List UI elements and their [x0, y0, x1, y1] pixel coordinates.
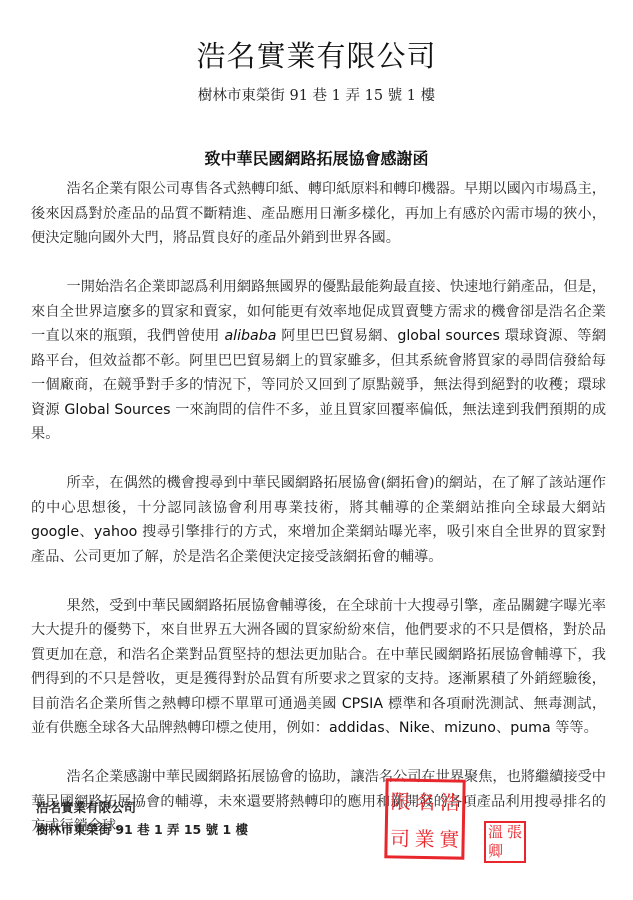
- paragraph-2: 一開始浩名企業即認爲利用網路無國界的優點最能夠最直接、快速地行銷產品，但是，來自…: [31, 275, 606, 447]
- letter-body: 浩名企業有限公司專售各式熱轉印紙、轉印紙原料和轉印機器。早期以國內市場爲主，後來…: [31, 177, 606, 863]
- text-run: addidas: [329, 720, 385, 736]
- paragraph-4: 果然，受到中華民國網路拓展協會輔導後，在全球前十大搜尋引擎，產品關鍵字曝光率大大…: [31, 594, 606, 741]
- text-run: Nike: [399, 720, 430, 736]
- text-run: mizuno: [444, 720, 496, 736]
- text-run: yahoo: [94, 524, 137, 540]
- text-run: 等等。: [551, 720, 598, 736]
- text-run: 浩名企業有限公司專售各式熱轉印紙、轉印紙原料和轉印機器。早期以國內市場爲主，後來…: [31, 181, 606, 246]
- text-run: 、: [496, 720, 510, 736]
- seal-char: 張: [505, 825, 524, 840]
- company-address: 樹林市東榮街 91 巷 1 弄 15 號 1 樓: [0, 84, 633, 105]
- paragraph-3: 所幸，在偶然的機會搜尋到中華民國網路拓展協會(網拓會)的網站，在了解了該站運作的…: [31, 471, 606, 569]
- text-run: 所幸，在偶然的機會搜尋到中華民國網路拓展協會(網拓會)的網站，在了解了該站運作的…: [31, 475, 606, 516]
- text-run: 阿里巴巴貿易網、: [276, 328, 397, 344]
- text-run: 、: [385, 720, 399, 736]
- text-run: alibaba: [224, 328, 276, 344]
- text-run: global sources: [397, 328, 500, 344]
- seal-char: 溫: [486, 825, 505, 840]
- signature-address: 樹林市東榮街 91 巷 1 弄 15 號 1 樓: [36, 819, 248, 841]
- seal-char: 業: [412, 823, 437, 852]
- seal-char: 名: [413, 786, 438, 815]
- paragraph-1: 浩名企業有限公司專售各式熱轉印紙、轉印紙原料和轉印機器。早期以國內市場爲主，後來…: [31, 177, 606, 251]
- text-run: 、: [430, 720, 444, 736]
- text-run: 果然，受到中華民國網路拓展協會輔導後，在全球前十大搜尋引擎，產品關鍵字曝光率大大…: [31, 598, 606, 712]
- text-run: 、: [79, 524, 94, 540]
- text-run: google: [31, 524, 79, 540]
- text-run: Global Sources: [64, 402, 170, 418]
- seal-char: 司: [387, 822, 412, 851]
- company-name-heading: 浩名實業有限公司: [0, 34, 633, 75]
- text-run: puma: [510, 720, 551, 736]
- signature-block: 浩名實業有限公司 樹林市東榮街 91 巷 1 弄 15 號 1 樓: [36, 797, 248, 841]
- seal-char: 卿: [486, 844, 505, 859]
- personal-seal-stamp: 溫 張 卿: [484, 821, 526, 863]
- company-seal-stamp: 限 名 浩 司 業 實: [384, 778, 465, 859]
- seal-char: 實: [437, 823, 462, 852]
- seal-char: 限: [388, 785, 413, 814]
- letter-title: 致中華民國網路拓展協會感謝函: [0, 146, 633, 169]
- signature-company-name: 浩名實業有限公司: [36, 797, 248, 819]
- seal-char: 浩: [437, 786, 462, 815]
- text-run: CPSIA: [342, 696, 383, 712]
